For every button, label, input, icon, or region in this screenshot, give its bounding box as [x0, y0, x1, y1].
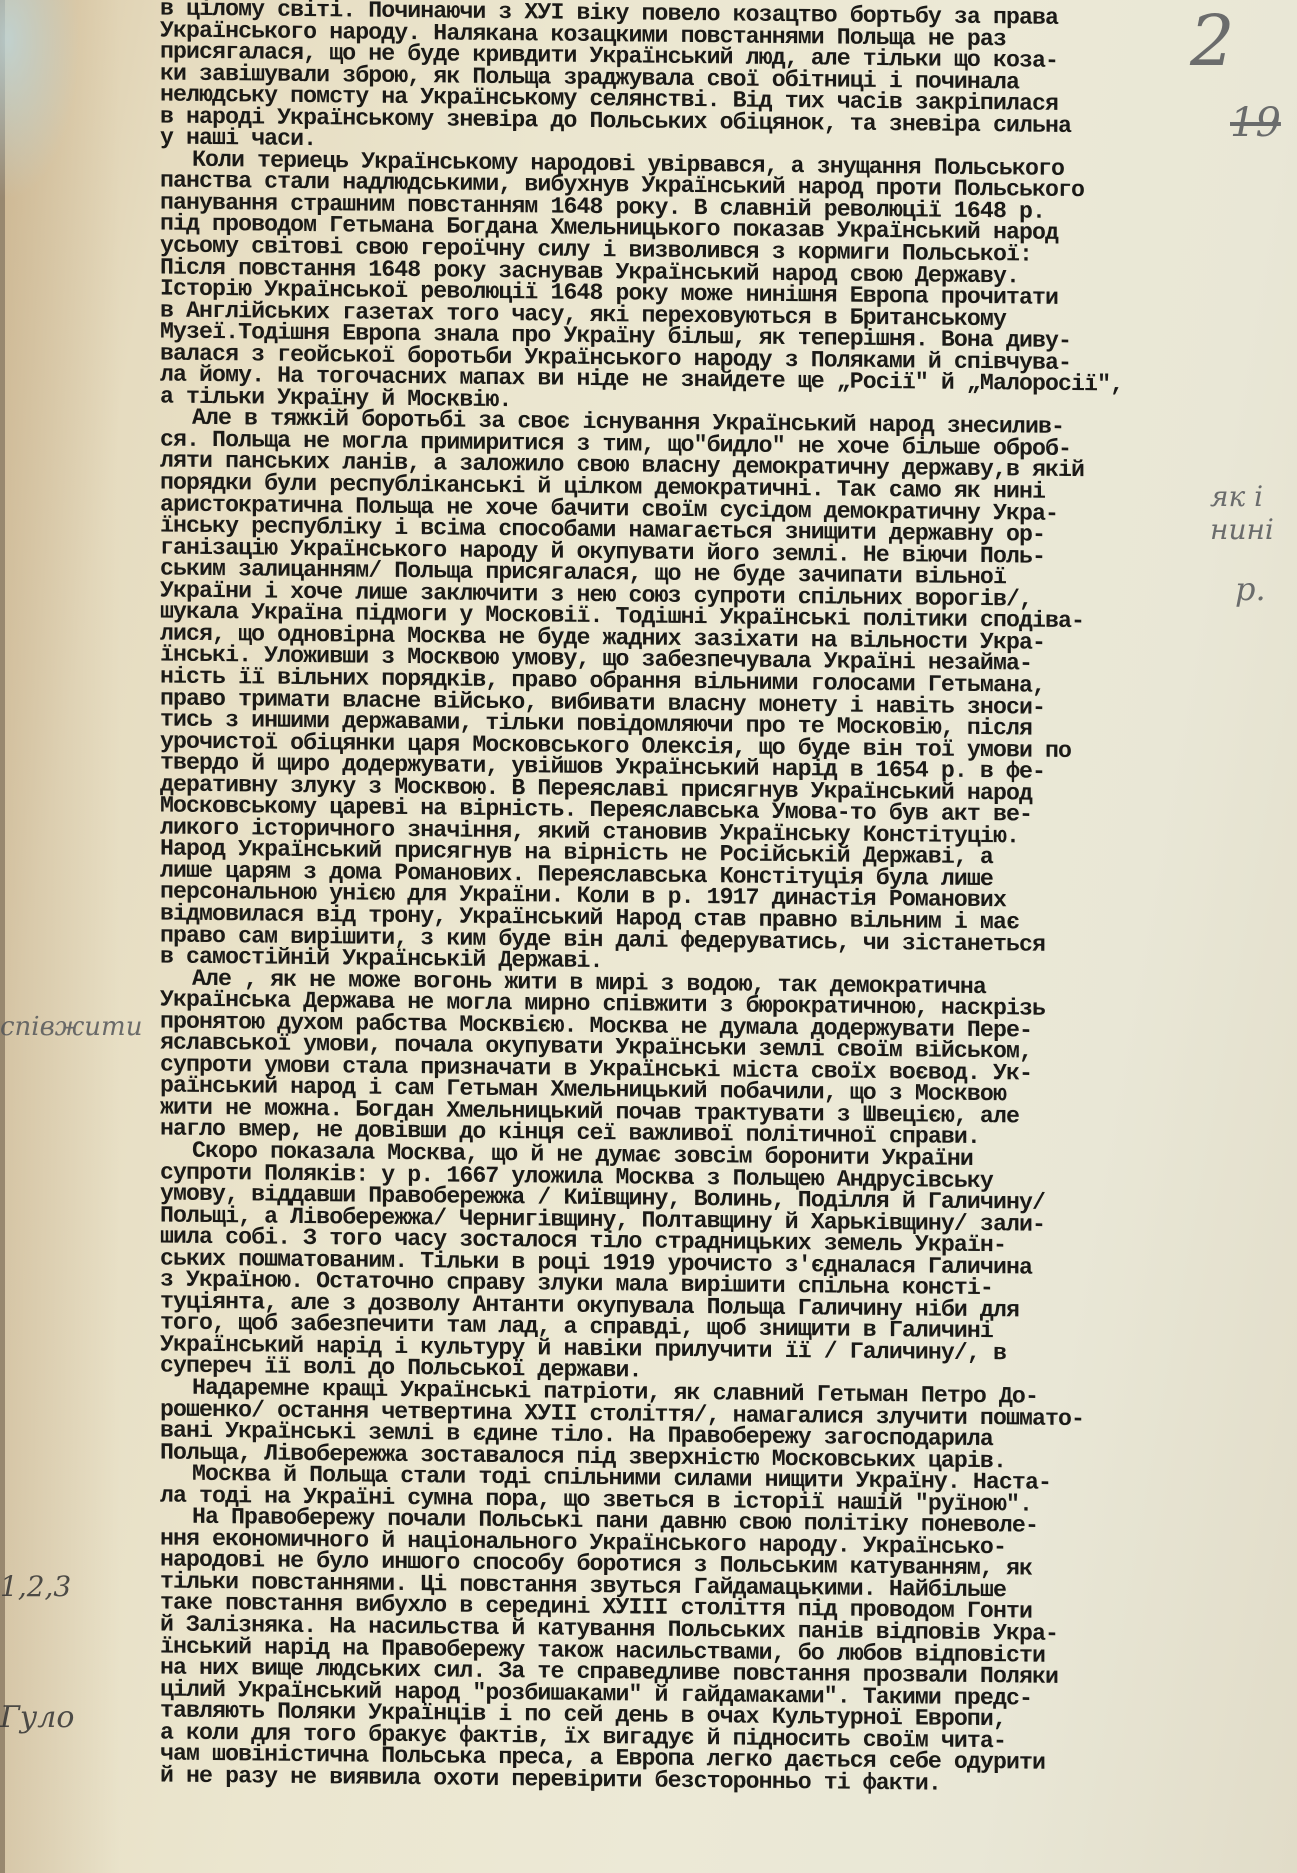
typewritten-page: в цілому світі. Починаючи з XУI віку пов… [160, 0, 1220, 1798]
margin-note-left-3: Гуло [0, 1700, 74, 1735]
margin-note-right-1: як і нині [1210, 480, 1297, 546]
handwritten-margin-number: 19 [1230, 100, 1281, 146]
margin-note-left-1: співжити [0, 1012, 142, 1042]
margin-note-left-2: 1,2,3 [0, 1570, 71, 1603]
water-stain-top-left [0, 0, 80, 200]
margin-note-right-2: р. [1235, 570, 1266, 608]
